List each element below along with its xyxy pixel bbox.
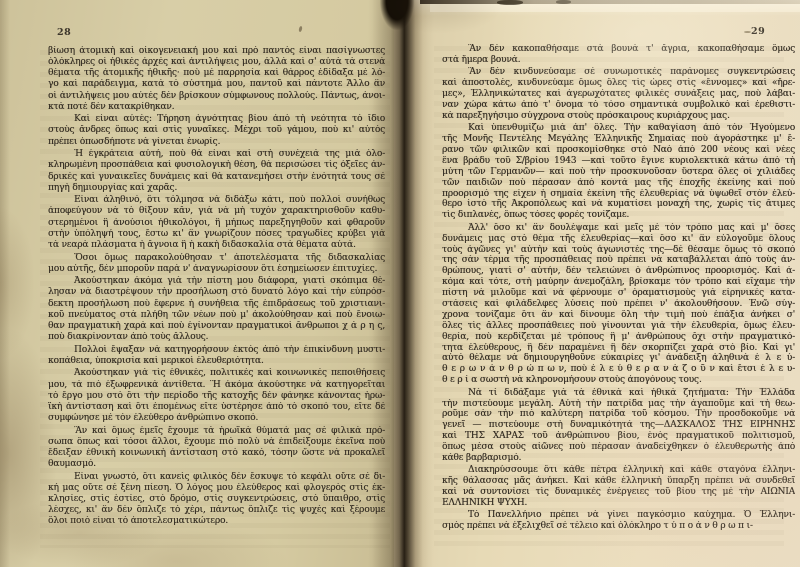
paragraph: Πολλοὶ ἔψαξαν νὰ κατηγορήσουν ἐκτὸς ἀπὸ …	[48, 345, 385, 367]
text-line: θερο ἱστὸ τῆς Ἀκροπόλεως καὶ νὰ κυματίσε…	[442, 199, 795, 210]
text-line: ϊκὴ ἀντίσταση καὶ ὅτι ἐπομένως εἴτε ὑστέ…	[48, 402, 385, 413]
text-line: τῶν παιδιῶν ποὺ πέρασαν ἀπὸ κοντά μας τῆ…	[442, 178, 795, 189]
paragraph: Ἂν δὲν κακοπαθήσαμε στὰ βουνὰ τ' ἄγρια, …	[442, 44, 795, 66]
text-line: συμφώνησε μὲ τὸν ἐλεύθερο ἀνθρώπινο σκοπ…	[48, 413, 385, 424]
paragraph: Καὶ εἶναι αὐτές: Τήρηση ἁγνότητας βίου ἀ…	[48, 114, 385, 147]
text-line: κὰ παρεξηγήσιμο σύγχρονα στοὺς πρόσκαιρο…	[442, 111, 795, 122]
text-line: βίωση ἀτομικὴ καὶ οἰκογενειακή μου καὶ π…	[48, 46, 385, 57]
paragraph: Ἂν δὲν κινδυνεύσαμε σὲ συνωμοτικὲς παράν…	[442, 67, 795, 121]
text-line: σωπα ὅπως καὶ τόσοι ἄλλοι, ἔχουμε πιὸ πο…	[48, 437, 385, 448]
text-column-right: Ἂν δὲν κακοπαθήσαμε στὰ βουνὰ τ' ἄγρια, …	[442, 44, 795, 534]
text-line: δυνάμεις μας στὸ θέμα τῆς ἐλευθερίας—καὶ…	[442, 234, 795, 245]
ink-smudge	[497, 0, 523, 5]
text-line: Ἀκούστηκαν ἀκόμα γιὰ τὴν πίστη μου διάφο…	[48, 276, 385, 287]
text-line: Ὅσοι ὅμως παρακολούθησαν τ' ἀποτελέσματα…	[48, 253, 385, 264]
text-line: γενεῖ — πιστεύουμε στὴ δυναμικότητά της—…	[442, 420, 795, 431]
text-line: μου αὐτῆς, δὲν μποροῦν παρὰ ν' ἀναγνωρίσ…	[48, 264, 385, 275]
text-line: μες», Ἑλληνικώτατες καὶ ἀγερωχότατες φιλ…	[442, 89, 795, 100]
text-column-left: βίωση ἀτομικὴ καὶ οἰκογενειακή μου καὶ π…	[48, 46, 385, 529]
text-line: ὅλοι ποιὸ εἶναι τὸ ἀποτελεσματικώτερο.	[48, 516, 385, 527]
text-line: τῆς Μονῆς Πεντέλης Μεγάλης Ἑλληνικῆς Σημ…	[442, 134, 795, 145]
text-line: της σὰν τέρμα τῆς προσπάθειας ποὺ πρέπει…	[442, 255, 795, 266]
text-line: πίστη νὰ μιλοῦμε καὶ νὰ φέρνουμε σ' ὁραμ…	[442, 288, 795, 299]
text-line: στάσεις καὶ φιλάδελφες λύσεις ποὺ πρέπει…	[442, 299, 795, 310]
text-line: γο καὶ παράδειγμα, κατὰ τὸ σύστημά μου, …	[48, 79, 385, 90]
text-line: καὶ νὰ συντονίσει τὶς δυναμικὲς ἐνέργειε…	[442, 487, 795, 498]
text-line: ρανο τῶν φιλικῶν καὶ προσκομίσθηκε στὸ Ν…	[442, 145, 795, 156]
page-number-left: 28	[57, 27, 71, 38]
text-line: Τὸ Πανελλήνιο πρέπει νὰ γίνει παγκόσμιο …	[442, 510, 795, 521]
text-line: Ἂν δὲν κακοπαθήσαμε στὰ βουνὰ τ' ἄγρια, …	[442, 44, 795, 55]
paragraph: Ἀκούστηκαν γιὰ τὶς ἐθνικές, πολιτικὲς κα…	[48, 368, 385, 424]
text-line: θέματα τῆς ἀτομικῆς ἠθικῆς· ποὺ μὲ παρρη…	[48, 68, 385, 79]
text-line: δρικὲς καὶ γυναικεῖες δυνάμεις καὶ θὰ κα…	[48, 172, 385, 183]
text-line: ἔδειξαν ἐθνικὴ κοινωνικὴ ἀντίσταση στὸ κ…	[48, 448, 385, 459]
paragraph: βίωση ἀτομικὴ καὶ οἰκογενειακή μου καὶ π…	[48, 46, 385, 113]
text-line: αὐτὸ θέλαμε νὰ δημιουργηθοῦνε εὐκαιρίες …	[442, 353, 795, 364]
text-line: κή μας οὔτε σὲ ξένη πίεση. Ὁ λόγος μου ἐ…	[48, 483, 385, 494]
text-line: χρονα τονίζαμε ὅτι ἂν καὶ δίνουμε ὅλη τὴ…	[442, 310, 795, 321]
paragraph: Διακηρύσσουμε ὅτι κάθε πέτρα ἑλληνικὴ κα…	[442, 465, 795, 509]
text-line: θερία, ποὺ κερδίζεται μὲ τρόπους ἢ μ' ἀν…	[442, 332, 795, 343]
text-line: οἱ ἀντιλήψεις μου αὐτὲς δὲν βρίσκουν σύμ…	[48, 91, 385, 102]
text-line: Πολλοὶ ἔψαξαν νὰ κατηγορήσουν ἐκτὸς ἀπὸ …	[48, 345, 385, 356]
text-line: ὅλες τὶς ἄλλες προσπάθειες ποὺ γίνουνται…	[442, 321, 795, 332]
page-right: 29 Ἂν δὲν κακοπαθήσαμε στὰ βουνὰ τ' ἄγρι…	[394, 0, 800, 567]
text-line: Ἂν καὶ ὅμως ἐμεῖς ἔχουμε τὰ ἡρωϊκὰ θύματ…	[48, 426, 385, 437]
text-line: Ἀλλ' ὅσο κι' ἂν δουλέψαμε καὶ μεῖς μὲ τὸ…	[442, 223, 795, 234]
text-line: τὴν πιστεύουμε μεγάλη. Αὐτὴ τὴν πατρίδα …	[442, 399, 795, 410]
text-line: ὅπως μέσα στοὺς αἰῶνες ποὺ πέρασαν ἀναδε…	[442, 442, 795, 453]
page-left: 28 βίωση ἀτομικὴ καὶ οἰκογενειακή μου κα…	[0, 0, 394, 567]
paragraph: Ἂν καὶ ὅμως ἐμεῖς ἔχουμε τὰ ἡρωϊκὰ θύματ…	[48, 426, 385, 471]
text-line: θαν πραγματικὴ χαρὰ καὶ ποὺ ἐγίνονταν πρ…	[48, 321, 385, 332]
text-line: Ἂν δὲν κινδυνεύσαμε σὲ συνωμοτικὲς παράν…	[442, 67, 795, 78]
text-line: καὶ ἀποστολές, κινδυνεύαμε ὅμως ὅλες τὶς…	[442, 78, 795, 89]
text-line: τητα ἐλεύθερους, ἢ δὲν παραμένει ἢ δὲν σ…	[442, 343, 795, 354]
ink-smudge	[556, 0, 571, 4]
paragraph: Τὸ Πανελλήνιο πρέπει νὰ γίνει παγκόσμιο …	[442, 510, 795, 532]
text-line: ποὺ διακρίνονταν ἀπὸ τοὺς ἄλλους.	[48, 332, 385, 343]
text-line: ἀποφεύγουν νὰ τὸ θίξουν κἄν, γιὰ νὰ μὴ τ…	[48, 206, 385, 217]
text-line: θρώπους, γιατὶ σ' αὐτήν, δὲν τελειώνει ὁ…	[442, 266, 795, 277]
text-line: Καὶ ὑπενθυμίζω μιὰ ἀπ' ὅλες. Τὴν καθαγία…	[442, 123, 795, 134]
text-line: δεκτη προσήλωση ποὺ ἔφερνε ἡ συνήθεια τῆ…	[48, 299, 385, 310]
text-line: Καὶ εἶναι αὐτές: Τήρηση ἁγνότητας βίου ἀ…	[48, 114, 385, 125]
paragraph: Εἶναι γνωστό, ὅτι κανεὶς φιλικὸς δὲν ἔσκ…	[48, 472, 385, 528]
paragraph: Ἀκούστηκαν ἀκόμα γιὰ τὴν πίστη μου διάφο…	[48, 276, 385, 343]
text-line: προορισμό της εἶχεν ἡ σημαία ἐκείνη τῆς …	[442, 189, 795, 200]
text-line: στοὺς ἄνδρες ὅπως καὶ στὶς γυναῖκες. Μέχ…	[48, 125, 385, 136]
text-line: λέσχες, κι' ἂν δὲν ὅπλιζε τὸ χέρι, πάντω…	[48, 505, 385, 516]
text-line: πηγὴ δημιουργίας καὶ χαρᾶς.	[48, 183, 385, 194]
text-line: ἕνα βράδυ τοῦ Σ/βρίου 1943 —καὶ τοῦτο ἔγ…	[442, 156, 795, 167]
paragraph: Εἶναι ἀληθινό, ὅτι τόλμησα νὰ διδάξω κάτ…	[48, 195, 385, 251]
text-line: πρέπει ὁπωσδήποτε νὰ γίνεται ἐνωρίς.	[48, 137, 385, 148]
text-line: κτὰ ποτὲ δὲν κατακρίθηκαν.	[48, 102, 385, 113]
text-line: θ ε ρ ω ν ἀ ν θ ρ ώ π ω ν, ποὺ ἐ λ ε ύ θ…	[442, 364, 795, 375]
book-spread: 28 βίωση ἀτομικὴ καὶ οἰκογενειακή μου κα…	[0, 0, 800, 567]
text-line: κῆς θάλασσας μᾶς ἀνήκει. Καὶ κάθε ἑλληνι…	[442, 476, 795, 487]
text-line: ροῦμε σὰν τὴν πιὸ καλύτερη πατρίδα τοῦ κ…	[442, 409, 795, 420]
paragraph: Νὰ τί διδάξαμε γιὰ τὰ ἐθνικὰ καὶ ἠθικὰ ζ…	[442, 388, 795, 464]
text-line: σμὸς πρέπει νὰ ἐξελιχθεῖ σὲ τέλειο καὶ ὁ…	[442, 521, 795, 532]
text-line: τὸ ἔργο μου στὸ ὅτι τὴν περίοδο τῆς κατο…	[48, 391, 385, 402]
text-line: Διακηρύσσουμε ὅτι κάθε πέτρα ἑλληνικὴ κα…	[442, 465, 795, 476]
text-line: κοῦ πνεύματος στὰ πλήθη τῶν νέων ποὺ μ' …	[48, 310, 385, 321]
text-line: Εἶναι γνωστό, ὅτι κανεὶς φιλικὸς δὲν ἔσκ…	[48, 472, 385, 483]
text-line: τὶς διπλανές, ὅπως τόσες φορὲς τονίζαμε.	[442, 210, 795, 221]
text-line: Ἡ ἐγκράτεια αὐτή, ποὺ θὰ εἶναι καὶ στὴ σ…	[48, 149, 385, 160]
text-line: κλησίες, στὶς ἑστίες, στὸ δρόμο, στὶς συ…	[48, 494, 385, 505]
text-line: ΕΛΛΗΝΙΚΗ ΨΥΧΗ.	[442, 498, 795, 509]
text-line: στερημένοι ἢ ἀνούσιοι ἠθικολόγοι, ἢ μήπω…	[48, 218, 385, 229]
text-line: κληρωμένη προσπάθεια καὶ φυσιολογικὴ θέσ…	[48, 160, 385, 171]
text-line: τὰ νεαρὰ πλάσματα ἡ ἄγνοια ἢ ἡ κακὴ διδα…	[48, 240, 385, 251]
text-line: καὶ ΤΗΣ ΧΑΡΑΣ τοῦ ἀνθρώπινου βίου, ἑνὸς …	[442, 431, 795, 442]
text-line: κόμα καὶ τότε, στὴ μαύρην ἀνεμοζάλη, βρί…	[442, 277, 795, 288]
text-line: στὴν ὑπόληψή τους, ἔστω κι' ἂν γνωρίζουν…	[48, 229, 385, 240]
text-line: Νὰ τί διδάξαμε γιὰ τὰ ἐθνικὰ καὶ ἠθικὰ ζ…	[442, 388, 795, 399]
text-line: τοὺς ἀγῶνες γι' αὐτὴν καὶ τοὺς ἀγωνιστές…	[442, 245, 795, 256]
text-line: μύτη τῶν Γερμανῶν— καὶ ποὺ τὴν προσκυνοῦ…	[442, 167, 795, 178]
paragraph: Ὅσοι ὅμως παρακολούθησαν τ' ἀποτελέσματα…	[48, 253, 385, 275]
text-line: ναν χώρα κάτω ἀπὸ τ' ὄνομα τὸ τόσο σημαν…	[442, 100, 795, 111]
paragraph: Ἡ ἐγκράτεια αὐτή, ποὺ θὰ εἶναι καὶ στὴ σ…	[48, 149, 385, 194]
text-line: θαυμασμό.	[48, 459, 385, 470]
text-line: ὁλόκληρες οἱ ἠθικὲς ἀρχὲς καὶ ἀντιλήψεις…	[48, 57, 385, 68]
text-line: λησαν νὰ διαστρέψουν τὴν προσήλωση στὸ δ…	[48, 287, 385, 298]
text-line: Ἀκούστηκαν γιὰ τὶς ἐθνικές, πολιτικὲς κα…	[48, 368, 385, 379]
text-line: μου, τὰ πιὸ ἐξωφρενικὰ ἀντίθετα. Ἢ ἀκόμα…	[48, 380, 385, 391]
text-line: Εἶναι ἀληθινό, ὅτι τόλμησα νὰ διδάξω κάτ…	[48, 195, 385, 206]
paragraph: Ἀλλ' ὅσο κι' ἂν δουλέψαμε καὶ μεῖς μὲ τὸ…	[442, 223, 795, 386]
text-line: στὰ ἥμερα βουνά.	[442, 55, 795, 66]
text-line: κοπάθεια, ὑποκρισία καὶ μερικοὶ ἐλευθερι…	[48, 356, 385, 367]
paragraph: Καὶ ὑπενθυμίζω μιὰ ἀπ' ὅλες. Τὴν καθαγία…	[442, 123, 795, 221]
paper-speck	[744, 31, 751, 33]
text-line: κάθε βαρβαρισμό.	[442, 453, 795, 464]
page-number-right: 29	[751, 26, 765, 37]
text-line: θ ε ρ ί α σωστὴ νὰ κληρονομήσουν στοὺς ἀ…	[442, 375, 795, 386]
